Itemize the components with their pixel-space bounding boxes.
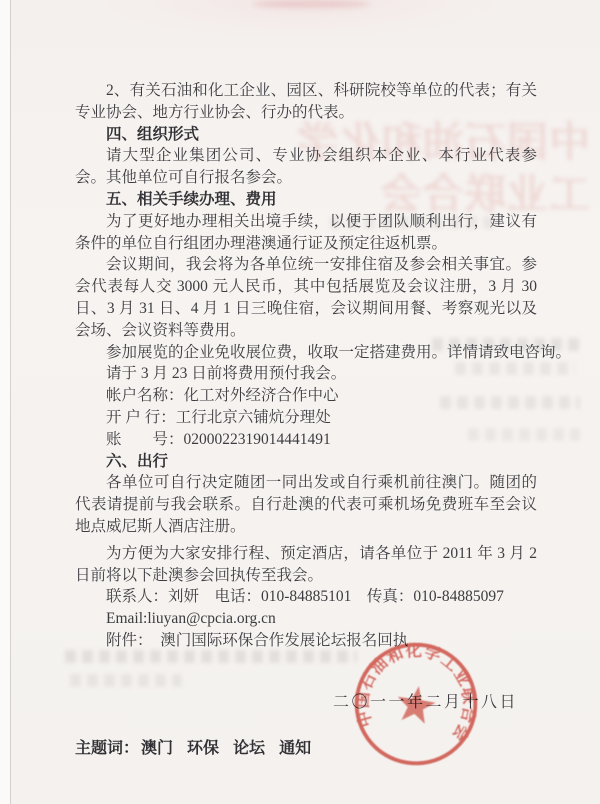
line-bank-branch: 开 户 行：工行北京六铺炕分理处 [75, 407, 537, 429]
subject-keywords-line: 主题词：澳门环保论坛通知 [75, 735, 311, 758]
paragraph-itinerary-deadline: 为方便为大家安排行程、预定酒店，请各单位于 2011 年 3 月 2 日前将以下… [75, 543, 537, 587]
bleed-through-smudge [70, 674, 182, 687]
scan-edge-line [10, 0, 11, 804]
subject-label: 主题词： [75, 740, 139, 757]
paragraph-prepay-deadline: 请于 3 月 23 日前将费用预付我会。 [75, 363, 537, 385]
bleed-through-smudge [65, 650, 357, 663]
scanned-notice-page: 中国石油和化学工业联合会 2、有关石油和化工企业、园区、科研院校等单位的代表；有… [0, 0, 600, 804]
paragraph-organization: 请大型企业集团公司、专业协会组织本企业、本行业代表参会。其他单位可自行报名参会。 [75, 145, 537, 189]
heading-travel: 六、出行 [75, 451, 537, 473]
paragraph-exhibition-booth: 参加展览的企业免收展位费，收取一定搭建费用。详情请致电咨询。 [75, 342, 537, 364]
paragraph-fees-accommodation: 会议期间，我会将为各单位统一安排住宿及参会相关事宜。参会代表每人交 3000 元… [75, 254, 537, 341]
subject-keyword: 澳门 [141, 740, 173, 757]
paragraph-exit-procedures: 为了更好地办理相关出境手续，以便于团队顺利出行，建议有条件的单位自行组团办理港澳… [75, 211, 537, 255]
scan-edge-strip [0, 0, 10, 804]
subject-keyword: 论坛 [233, 740, 265, 757]
subject-keyword: 通知 [279, 740, 311, 757]
document-body: 2、有关石油和化工企业、园区、科研院校等单位的代表；有关专业协会、地方行业协会、… [75, 80, 537, 652]
line-account-number: 账 号：0200022319014441491 [75, 429, 537, 451]
line-contacts: 联系人：刘妍 电话：010-84885101 传真：010-84885097 [75, 586, 537, 608]
paragraph-delegates: 2、有关石油和化工企业、园区、科研院校等单位的代表；有关专业协会、地方行业协会、… [75, 80, 537, 124]
paragraph-travel: 各单位可自行决定随团一同出发或自行乘机前往澳门。随团的代表请提前与我会联系。自行… [75, 472, 537, 537]
seal-star-icon [394, 683, 438, 725]
line-email: Email:liuyan@cpcia.org.cn [75, 608, 537, 630]
line-account-name: 帐户名称：化工对外经济合作中心 [75, 385, 537, 407]
heading-procedures-fees: 五、相关手续办理、费用 [75, 189, 537, 211]
official-seal: 中国石油和化学工业联合会 [339, 627, 492, 780]
heading-organization-form: 四、组织形式 [75, 124, 537, 146]
subject-keyword: 环保 [187, 740, 219, 757]
scan-top-smudge [252, 0, 370, 8]
